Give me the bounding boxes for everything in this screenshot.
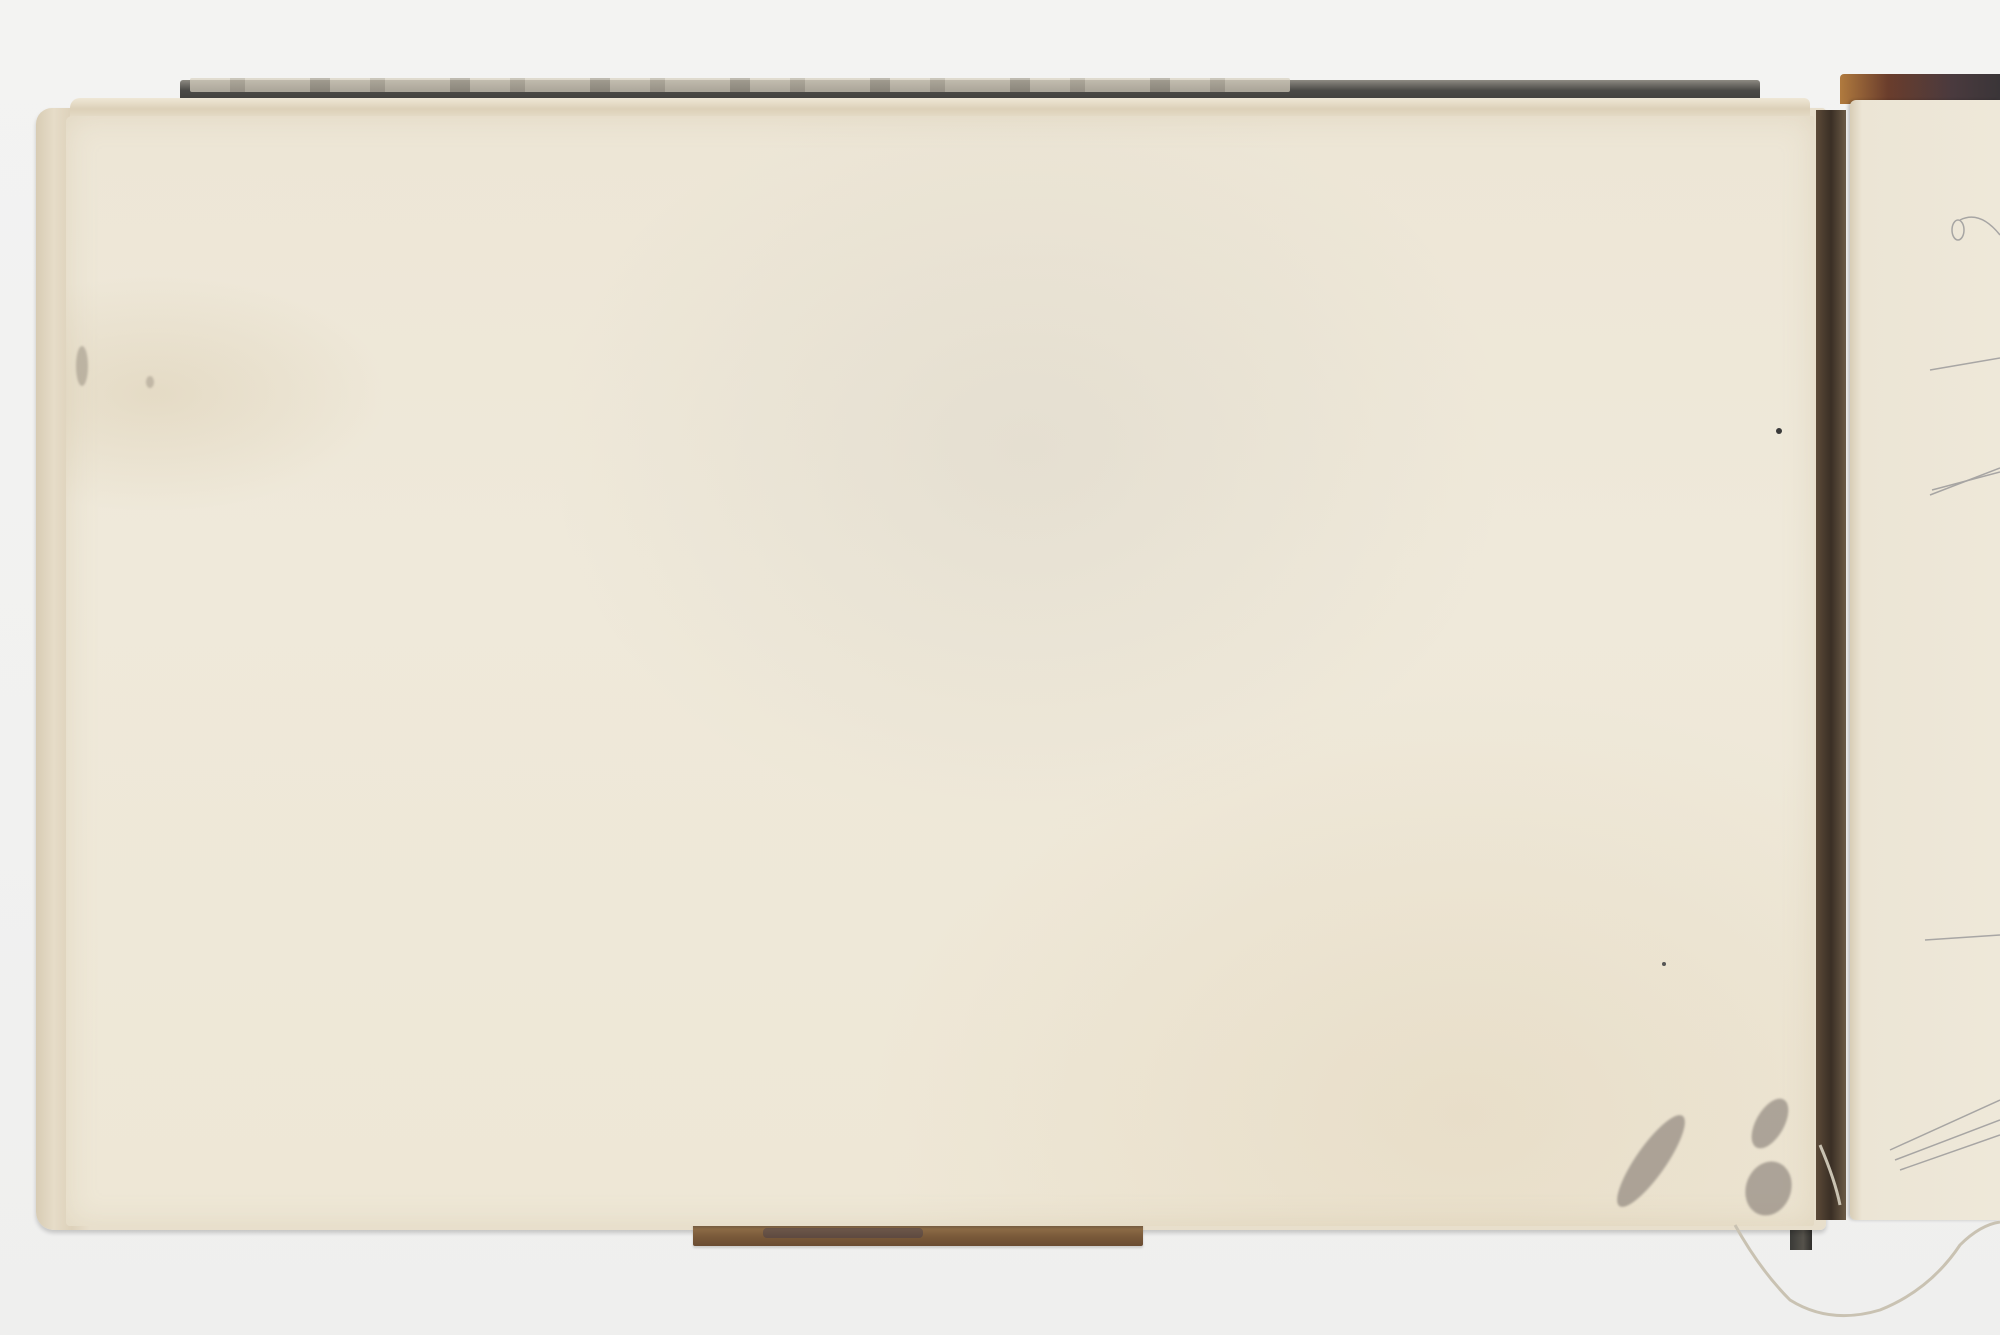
grey-smudge <box>1738 1155 1799 1222</box>
grey-smudge <box>1607 1107 1695 1214</box>
foxing-spot <box>146 376 154 388</box>
adjacent-sketch-page <box>1850 100 2000 1220</box>
foxing-spot <box>76 346 88 386</box>
cover-wear <box>190 78 1290 92</box>
ink-dot <box>1662 962 1666 966</box>
ink-dot <box>1776 428 1782 434</box>
book-gutter <box>1816 110 1846 1220</box>
pencil-sketch <box>1850 100 2000 1220</box>
grey-smudge <box>1744 1093 1796 1155</box>
blank-sketchbook-page <box>66 116 1814 1226</box>
